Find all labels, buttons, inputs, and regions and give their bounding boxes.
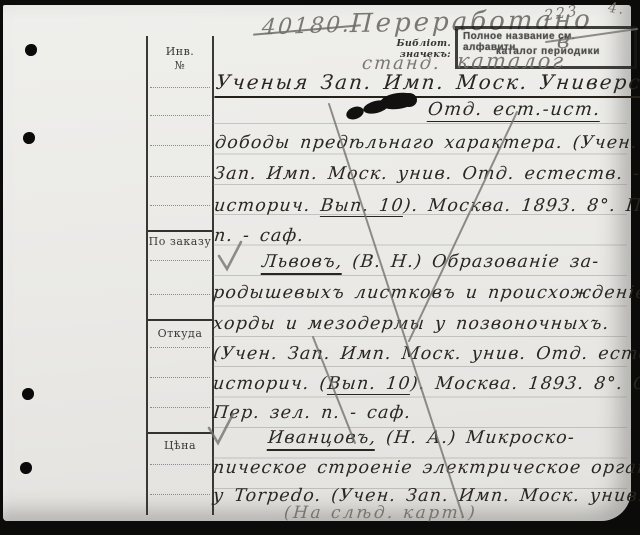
- punch-hole: [25, 44, 37, 56]
- column-divider: [148, 230, 212, 232]
- punch-hole: [20, 462, 32, 474]
- section-title: Отд. ест.-ист.: [427, 99, 602, 120]
- scan-background: 40180. Переработано в 223 4. станд. ката…: [0, 0, 640, 535]
- column-rule: [150, 87, 210, 88]
- label-otkuda: Откуда: [148, 328, 212, 340]
- label-inventory-line2: №: [148, 60, 212, 72]
- column-rule: [150, 176, 210, 177]
- entry2-heading: Львовъ, (В. Н.) Образованіе за-: [261, 252, 600, 272]
- entry3-line-part: (Н. А.) Микроско-: [375, 428, 576, 448]
- entry1-line-part: ). Москва. 1893. 8°. Пер. зел.: [403, 196, 640, 216]
- column-rule: [150, 145, 210, 146]
- series-title: Ученыя Зап. Имп. Моск. Универс.: [215, 70, 640, 94]
- entry3-line: пическое строеніе электрическое органа: [212, 458, 640, 478]
- punch-hole: [23, 132, 35, 144]
- label-inventory-line1: Инв.: [148, 46, 212, 58]
- label-tsena: Цѣна: [148, 440, 212, 452]
- label-po-zakazu: По заказу: [148, 236, 212, 248]
- entry1-line: Зап. Имп. Моск. унив. Отд. естеств. -: [213, 164, 640, 184]
- author-name-underlined: Львовъ,: [261, 252, 344, 275]
- entry2-line-part: историч. (: [212, 374, 329, 394]
- entry2-line-part: ). Москва. 1893. 8°. Съ 6 таб.: [410, 374, 640, 394]
- entry1-line: п. - саф.: [213, 226, 305, 246]
- issue-number-underlined: Вып. 10: [319, 196, 404, 217]
- entry2-line: Пер. зел. п. - саф.: [212, 403, 412, 423]
- column-rule: [150, 205, 210, 206]
- pencil-note-katalog: каталог: [456, 49, 566, 73]
- column-rule: [150, 260, 210, 261]
- library-mark-label: Библіот. значекъ:: [356, 38, 451, 60]
- issue-number-underlined: Вып. 10: [326, 374, 411, 395]
- author-name-underlined: Иванцовъ,: [267, 428, 378, 451]
- column-rule: [150, 494, 210, 495]
- column-rule: [150, 347, 210, 348]
- entry1-line: историч. Вып. 10). Москва. 1893. 8°. Пер…: [213, 196, 640, 216]
- entry2-line: родышевыхъ листковъ и происхожденіе: [212, 283, 640, 303]
- entry3-heading: Иванцовъ, (Н. А.) Микроско-: [267, 428, 576, 448]
- entry2-line: историч. (Вып. 10). Москва. 1893. 8°. Съ…: [212, 374, 640, 394]
- column-rule: [150, 407, 210, 408]
- entry2-line: (Учен. Зап. Имп. Моск. унив. Отд. естест…: [212, 344, 640, 364]
- column-rule: [150, 115, 210, 116]
- punch-hole: [22, 388, 34, 400]
- column-rule: [150, 377, 210, 378]
- column-rule: [150, 464, 210, 465]
- column-divider: [148, 432, 212, 434]
- column-rule: [150, 294, 210, 295]
- series-title-text: Ученыя Зап. Имп. Моск. Универс.: [214, 70, 640, 98]
- entry1-line-part: историч.: [213, 196, 322, 216]
- next-card-note: (На слѣд. карт.): [283, 503, 478, 523]
- entry2-line: хорды и мезодермы у позвоночныхъ.: [212, 314, 611, 334]
- page-corner-number: 4.: [607, 0, 626, 18]
- entry2-line-part: (В. Н.) Образованіе за-: [342, 252, 601, 272]
- section-title-text: Отд. ест.-ист.: [427, 99, 602, 122]
- entry1-line: дободы предѣльнаго характера. (Учен.: [214, 133, 639, 153]
- column-divider: [148, 319, 212, 321]
- inventory-column: Инв. № По заказу Откуда Цѣна: [146, 36, 214, 515]
